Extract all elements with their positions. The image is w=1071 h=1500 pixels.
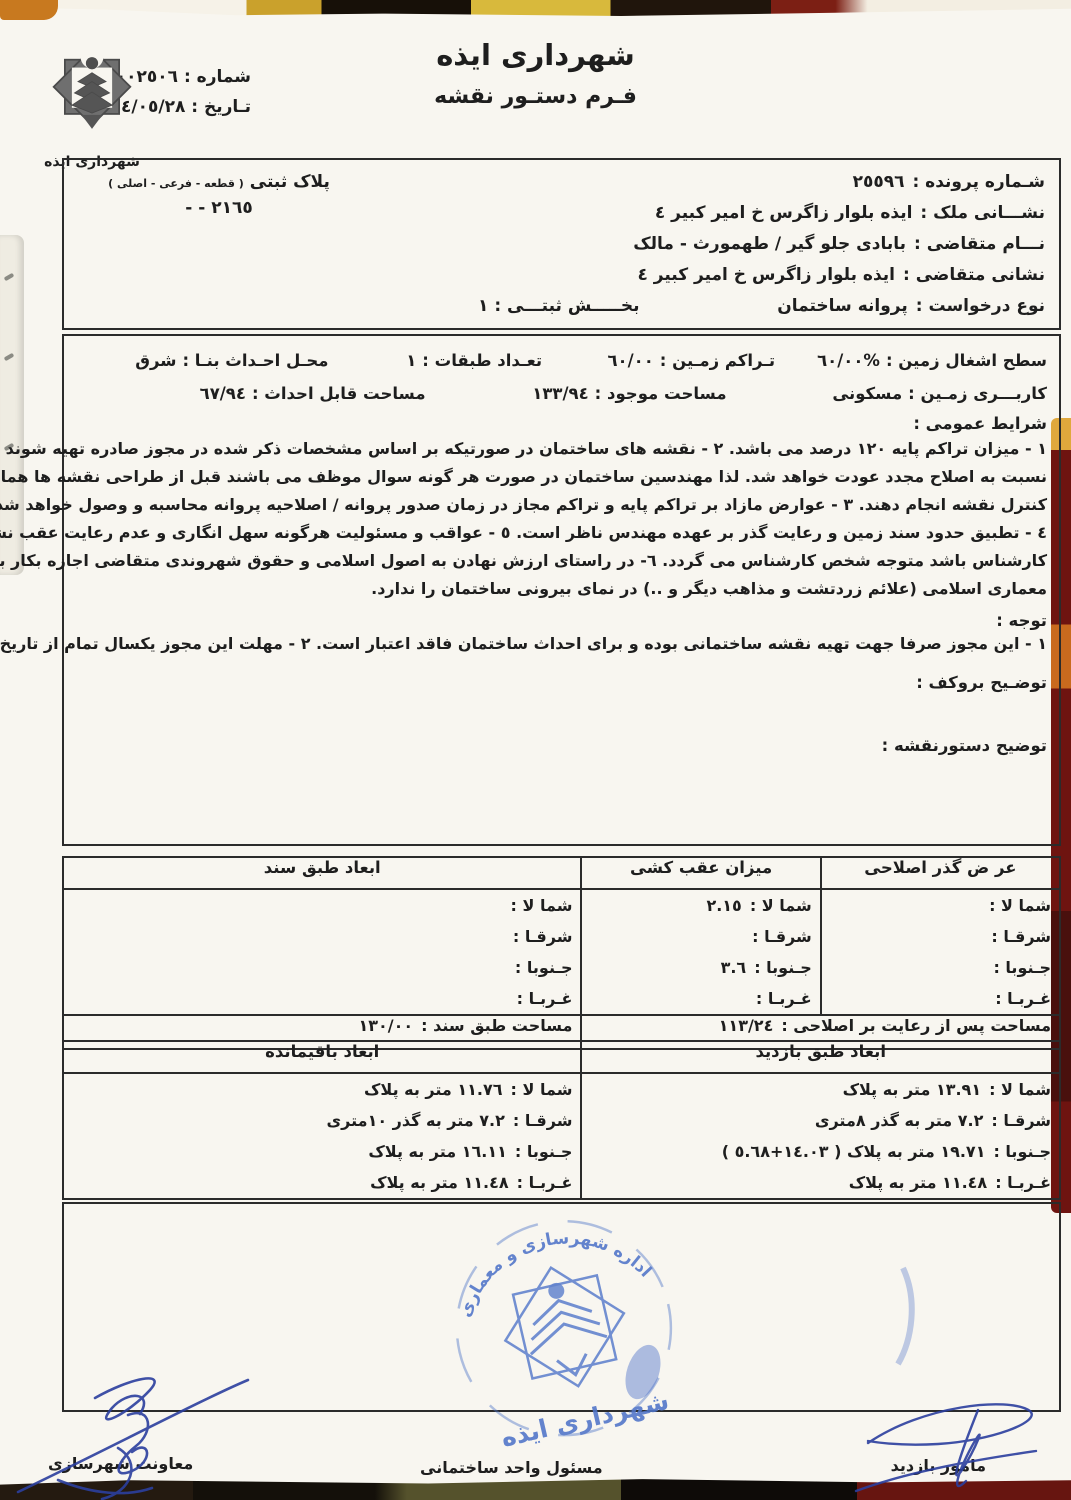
general-line: ٤ - تطبیق حدود سند زمین و رعایت گذر بر ع…	[76, 519, 1047, 547]
building-unit-supervisor-label: مسئول واحد ساختمانی	[420, 1458, 603, 1477]
footer-labels: مامور بازدید مسئول واحد ساختمانی معاونت …	[0, 1448, 1071, 1488]
col-header-visit-dims: ابعاد طبق بازدید	[581, 1041, 1060, 1073]
buildable-area-value: ٦٧/٩٤	[200, 384, 246, 403]
registry-section-label: بخـــــش ثبتـــی :	[494, 296, 639, 316]
remaining-dims-cells: شما لا :١١.٧٦ متر به پلاک شرقـا :٧.٢ متر…	[63, 1073, 581, 1199]
col-header-pass-width: عر ض گذر اصلاحی	[821, 857, 1060, 889]
applicant-row: نـــام متقاضی : بابادی جلو گیر / طهمورث …	[78, 228, 1045, 259]
urban-planning-deputy-label: معاونت شهرسازی	[48, 1454, 193, 1473]
floors-value: ١	[406, 351, 416, 370]
build-location-value: شرق	[135, 351, 176, 370]
property-address-value: ایذه بلوار زاگرس خ امیر کبیر ٤	[655, 203, 913, 223]
general-line: کارشناس باشد متوجه شخص کارشناس می گردد. …	[76, 547, 1047, 575]
registry-section: بخـــــش ثبتـــی : ١	[478, 296, 640, 316]
density-label: تـراکم زمـین :	[660, 351, 775, 370]
file-number-label: شـماره پرونده :	[912, 172, 1045, 192]
buildable-area-label: مساحت قابل احداث :	[252, 384, 426, 403]
general-conditions-text: ١ - میزان تراکم پایه ١٢٠ درصد می باشد. ٢…	[76, 435, 1047, 603]
note-text: ١ - این مجوز صرفا جهت تهیه نقشه ساختمانی…	[76, 630, 1047, 657]
request-type-value: پروانه ساختمان	[777, 296, 908, 316]
property-address-label: نشـــانی ملک :	[920, 203, 1045, 223]
general-line: معماری اسلامی (علائم زردتشت و مذاهب دیگر…	[76, 575, 1047, 603]
property-address-row: نشـــانی ملک : ایذه بلوار زاگرس خ امیر ک…	[78, 197, 1045, 228]
occupancy-value: %٦٠/٠٠	[817, 351, 880, 370]
deed-dimensions-table: عر ض گذر اصلاحی میزان عقب کشی ابعاد طبق …	[62, 856, 1061, 1050]
general-line: نسبت به اصلاح مجدد عودت خواهد شد. لذا مه…	[76, 463, 1047, 491]
general-line: ١ - میزان تراکم پایه ١٢٠ درصد می باشد. ٢…	[76, 435, 1047, 463]
existing-area-value: ١٣٣/٩٤	[532, 384, 588, 403]
col-header-setback: میزان عقب کشی	[581, 857, 820, 889]
visit-officer-label: مامور بازدید	[891, 1456, 986, 1475]
deed-dims-cells: شما لا : شرقـا : جـنوبا : غـربـا :	[63, 889, 581, 1015]
setback-cells: شما لا :٢.١٥ شرقـا : جـنوبا :٣.٦ غـربـا …	[581, 889, 820, 1015]
brokaf-label: توضـیح بروکف :	[76, 673, 1047, 692]
col-header-deed-dims: ابعاد طبق سند	[63, 857, 581, 889]
landuse-label: کاربـــری زمـین :	[908, 384, 1047, 403]
note-label: توجه :	[76, 611, 1047, 630]
form-header: شماره : ٤٠٤٠٠٢٥٠٦ تـاریخ : ١٤٠٤/٠٥/٢٨ شه…	[0, 30, 1071, 160]
specs-row-1: سطح اشغال زمین :%٦٠/٠٠ تـراکم زمـین :٦٠/…	[76, 344, 1047, 377]
build-location-label: محـل احـداث بنـا :	[182, 351, 328, 370]
specs-box: سطح اشغال زمین :%٦٠/٠٠ تـراکم زمـین :٦٠/…	[62, 334, 1061, 846]
maporder-label: توضیح دستورنقشه :	[76, 736, 1047, 755]
floors-label: تعـداد طبقات :	[422, 351, 542, 370]
municipality-logo-icon	[22, 30, 162, 148]
density-value: ٦٠/٠٠	[607, 351, 653, 370]
pass-width-cells: شما لا : شرقـا : جـنوبا : غـربـا :	[821, 889, 1060, 1015]
file-number-value: ٢٥٥٩٦	[853, 172, 905, 192]
registry-section-value: ١	[478, 296, 488, 316]
applicant-label: نـــام متقاضی :	[914, 234, 1045, 254]
applicant-address-label: نشانی متقاضی :	[903, 265, 1045, 285]
municipality-logo: شهرداری ایذه	[12, 30, 172, 170]
carpet-edge-top	[0, 0, 1071, 16]
applicant-address-value: ایذه بلوار زاگرس خ امیر کبیر ٤	[637, 265, 895, 285]
file-number-row: شـماره پرونده : ٢٥٥٩٦	[78, 166, 1045, 197]
existing-area-label: مساحت موجود :	[595, 384, 727, 403]
landuse-value: مسکونی	[832, 384, 902, 403]
scanned-form: شماره : ٤٠٤٠٠٢٥٠٦ تـاریخ : ١٤٠٤/٠٥/٢٨ شه…	[0, 0, 1071, 1500]
request-type-label: نوع درخواست :	[916, 296, 1045, 316]
col-header-remaining-dims: ابعاد باقیمانده	[63, 1041, 581, 1073]
general-conditions-label: شرایط عمومی :	[76, 414, 1047, 433]
visit-dimensions-table: ابعاد طبق بازدید ابعاد باقیمانده شما لا …	[62, 1040, 1061, 1200]
request-type-row: نوع درخواست : پروانه ساختمان بخـــــش ثب…	[78, 290, 1045, 321]
visit-dims-cells: شما لا :١٣.٩١ متر به پلاک شرقـا :٧.٢ متر…	[581, 1073, 1060, 1199]
occupancy-label: سطح اشغال زمین :	[886, 351, 1047, 370]
applicant-value: بابادی جلو گیر / طهمورث - مالک	[633, 234, 906, 254]
stamp-bottom-text: شهرداری ایذه	[498, 1386, 672, 1454]
general-line: کنترل نقشه انجام دهند. ٣ - عوارض مازاد ب…	[76, 491, 1047, 519]
applicant-address-row: نشانی متقاضی : ایذه بلوار زاگرس خ امیر ک…	[78, 259, 1045, 290]
specs-row-2: کاربـــری زمـین :مسکونی مساحت موجود :١٣٣…	[76, 377, 1047, 410]
case-info-box: پلاک ثبتی ( قطعه - فرعی - اصلی ) ٢١٦٥ - …	[62, 158, 1061, 330]
carpet-corner	[0, 0, 58, 20]
